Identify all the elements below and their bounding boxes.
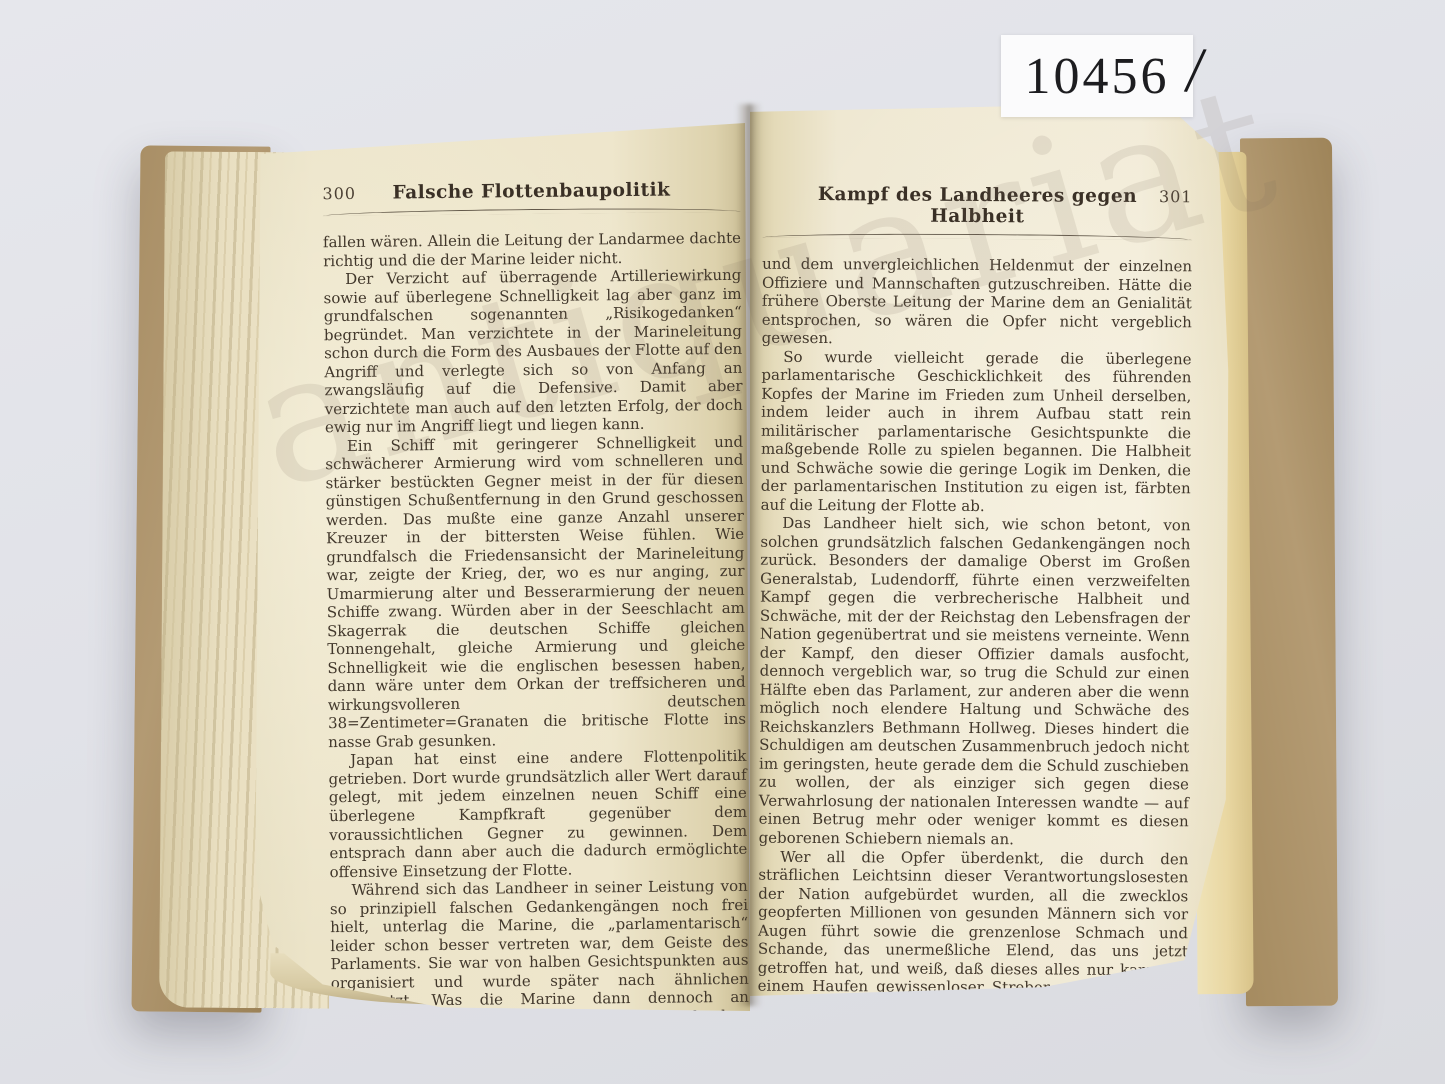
- right-header-rule: [762, 233, 1192, 241]
- left-page-content: 300 Falsche Flottenbaupolitik fallen wär…: [322, 179, 749, 1067]
- inventory-number: 10456: [1025, 47, 1170, 106]
- paragraph: Japan hat einst eine andere Flottenpolit…: [328, 747, 747, 881]
- right-page: Kampf des Landheeres gegen Halbheit 301 …: [750, 103, 1238, 996]
- book-gutter-shadow: [736, 104, 762, 1006]
- right-page-text: und dem unvergleichlichen Heldenmut der …: [757, 255, 1192, 1035]
- photo-background: 300 Falsche Flottenbaupolitik fallen wär…: [0, 0, 1445, 1084]
- left-running-title: Falsche Flottenbaupolitik: [366, 179, 696, 203]
- right-page-content: Kampf des Landheeres gegen Halbheit 301 …: [757, 184, 1192, 1035]
- right-page-header: Kampf des Landheeres gegen Halbheit 301: [762, 184, 1192, 229]
- left-header-rule: [323, 207, 741, 216]
- book-cover-right: [1240, 138, 1338, 1007]
- right-running-title: Kampf des Landheeres gegen Halbheit: [806, 184, 1148, 228]
- paragraph: Das Landheer hielt sich, wie schon beton…: [759, 514, 1191, 850]
- left-page: 300 Falsche Flottenbaupolitik fallen wär…: [253, 123, 750, 1011]
- paragraph: und dem unvergleichlichen Heldenmut der …: [762, 255, 1193, 350]
- left-page-text: fallen wären. Allein die Leitung der Lan…: [323, 229, 750, 1067]
- paragraph: So wurde vielleicht gerade die überlegen…: [761, 347, 1192, 516]
- left-page-number: 300: [322, 184, 366, 203]
- paragraph: Während sich das Landheer in seiner Leis…: [330, 877, 750, 1067]
- paragraph: fallen wären. Allein die Leitung der Lan…: [323, 229, 741, 270]
- right-page-number: 301: [1148, 187, 1192, 206]
- left-page-header: 300 Falsche Flottenbaupolitik: [322, 179, 740, 204]
- paragraph: Der Verzicht auf überragende Artilleriew…: [323, 266, 743, 437]
- inventory-label: 10456: [1001, 35, 1193, 117]
- paragraph: Wer all die Opfer überdenkt, die durch d…: [757, 847, 1188, 1035]
- paragraph: Ein Schiff mit geringerer Schnelligkeit …: [325, 432, 746, 751]
